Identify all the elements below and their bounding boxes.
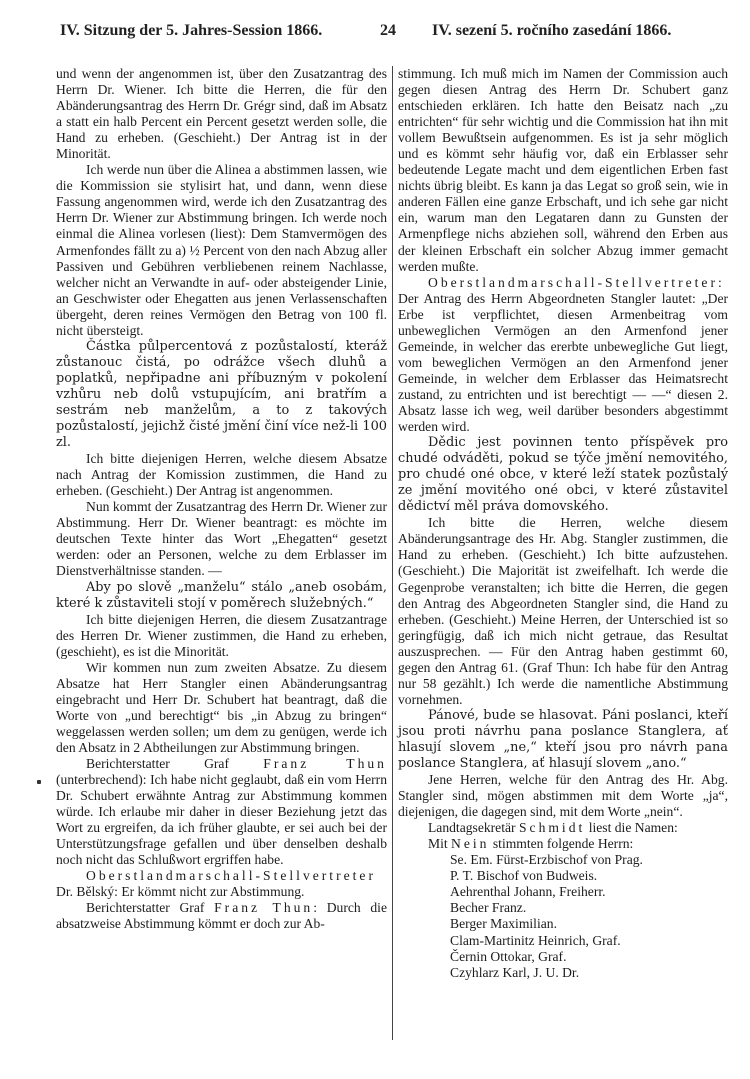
speaker-name: Franz Thun <box>263 756 387 771</box>
paragraph-german: Ich bitte diejenigen Herren, welche dies… <box>56 451 387 499</box>
left-column: und wenn der angenommen ist, über den Zu… <box>56 66 387 933</box>
paragraph-continued: und wenn der angenommen ist, über den Zu… <box>56 66 387 162</box>
speaker-paragraph: Berichterstatter Graf Franz Thun (unterb… <box>56 756 387 868</box>
speaker-title: Berichterstatter Graf <box>86 900 214 915</box>
speech-text: liest die Namen: <box>585 820 678 835</box>
column-divider <box>392 66 393 1040</box>
right-column: stimmung. Ich muß mich im Namen der Comm… <box>398 66 728 981</box>
speaker-paragraph: Berichterstatter Graf Franz Thun: Durch … <box>56 900 387 932</box>
paragraph-german: Ich bitte diejenigen Herren, die diesem … <box>56 612 387 660</box>
margin-ink-spot <box>37 780 41 784</box>
speaker-paragraph: Oberstlandmarschall-Stellvertreter Dr. B… <box>56 868 387 900</box>
speaker-title: Landtagsekretär <box>428 820 519 835</box>
header-german-title: IV. Sitzung der 5. Jahres-Session 1866. <box>60 22 322 40</box>
speaker-name: Franz Thun <box>214 900 313 915</box>
speech-text: (unterbrechend): Ich habe nicht geglaubt… <box>56 772 387 867</box>
speech-text: Dr. Bělský: Er kömmt nicht zur Abstimmun… <box>56 884 304 899</box>
paragraph-czech: Částka půlpercentová z pozůstalostí, kte… <box>56 339 387 451</box>
speaker-paragraph: Landtagsekretär Schmidt liest die Namen: <box>398 820 728 836</box>
speaker-title: Mit <box>428 836 451 851</box>
paragraph-german: Jene Herren, welche für den Antrag des H… <box>398 772 728 820</box>
speaker-title: Berichterstatter Graf <box>86 756 263 771</box>
speaker-paragraph: Oberstlandmarschall-Stellvertreter: Der … <box>398 275 728 435</box>
speaker-paragraph: Mit Nein stimmten folgende Herrn: <box>398 836 728 852</box>
vote-list-item: Clam-Martinitz Heinrich, Graf. <box>398 933 728 949</box>
running-header: IV. Sitzung der 5. Jahres-Session 1866. … <box>0 22 750 46</box>
vote-list-item: Se. Em. Fürst-Erzbischof von Prag. <box>398 852 728 868</box>
vote-list-item: Czyhlarz Karl, J. U. Dr. <box>398 965 728 981</box>
paragraph-czech: Aby po slově „manželu“ stálo „aneb osobá… <box>56 580 387 612</box>
speaker-name: Oberstlandmarschall-Stellvertreter <box>86 868 376 883</box>
speaker-name: Oberstlandmarschall-Stellvertreter <box>428 275 718 290</box>
vote-list-item: Berger Maximilian. <box>398 916 728 932</box>
speaker-name: Nein <box>451 836 489 851</box>
speech-text: stimmten folgende Herrn: <box>489 836 633 851</box>
vote-list-item: Černin Ottokar, Graf. <box>398 949 728 965</box>
vote-list-item: Becher Franz. <box>398 900 728 916</box>
paragraph-german: Nun kommt der Zusatzantrag des Herrn Dr.… <box>56 499 387 579</box>
paragraph-german: Wir kommen nun zum zweiten Absatze. Zu d… <box>56 660 387 756</box>
vote-list-item: P. T. Bischof von Budweis. <box>398 868 728 884</box>
paragraph-czech: Dědic jest povinnen tento příspěvek pro … <box>398 435 728 515</box>
vote-list-item: Aehrenthal Johann, Freiherr. <box>398 884 728 900</box>
paragraph-german: Ich werde nun über die Alinea a abstimme… <box>56 162 387 339</box>
paragraph-continued: stimmung. Ich muß mich im Namen der Comm… <box>398 66 728 275</box>
header-czech-title: IV. sezení 5. ročního zasedání 1866. <box>432 22 671 40</box>
speech-text: : Der Antrag des Herrn Abgeordneten Stan… <box>398 275 728 434</box>
paragraph-czech: Pánové, bude se hlasovat. Páni poslanci,… <box>398 708 728 772</box>
speaker-name: Schmidt <box>519 820 585 835</box>
page-number: 24 <box>380 22 396 40</box>
paragraph-german: Ich bitte die Herren, welche diesem Abän… <box>398 515 728 708</box>
